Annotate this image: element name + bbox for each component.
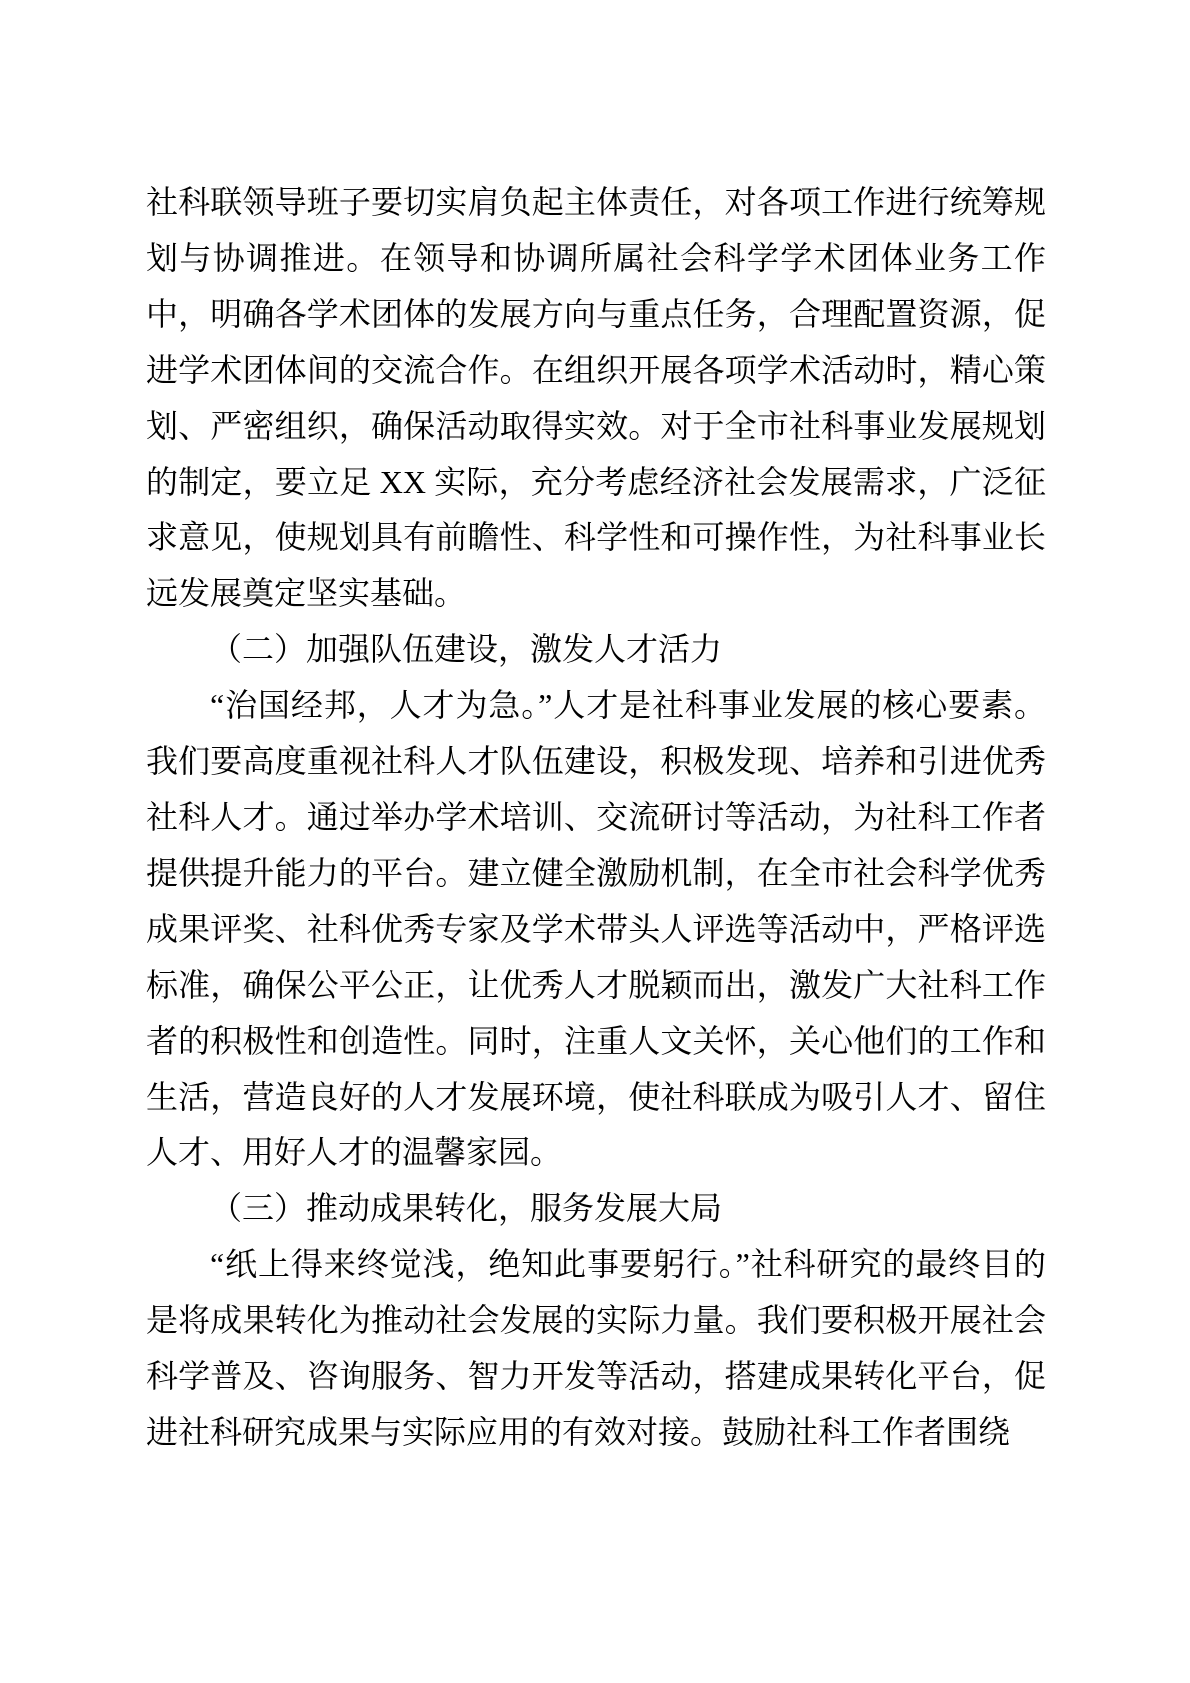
- paragraph-section-2: “治国经邦，人才为急。”人才是社科事业发展的核心要素。我们要高度重视社科人才队伍…: [146, 678, 1046, 1181]
- document-text-block: 社科联领导班子要切实肩负起主体责任，对各项工作进行统筹规划与协调推进。在领导和协…: [146, 175, 1046, 1461]
- paragraph-section-3: “纸上得来终觉浅，绝知此事要躬行。”社科研究的最终目的是将成果转化为推动社会发展…: [146, 1237, 1046, 1461]
- section-heading-2: （二）加强队伍建设，激发人才活力: [146, 622, 1046, 678]
- paragraph-continuation: 社科联领导班子要切实肩负起主体责任，对各项工作进行统筹规划与协调推进。在领导和协…: [146, 175, 1046, 622]
- section-heading-3: （三）推动成果转化，服务发展大局: [146, 1181, 1046, 1237]
- document-page: 社科联领导班子要切实肩负起主体责任，对各项工作进行统筹规划与协调推进。在领导和协…: [0, 0, 1190, 1683]
